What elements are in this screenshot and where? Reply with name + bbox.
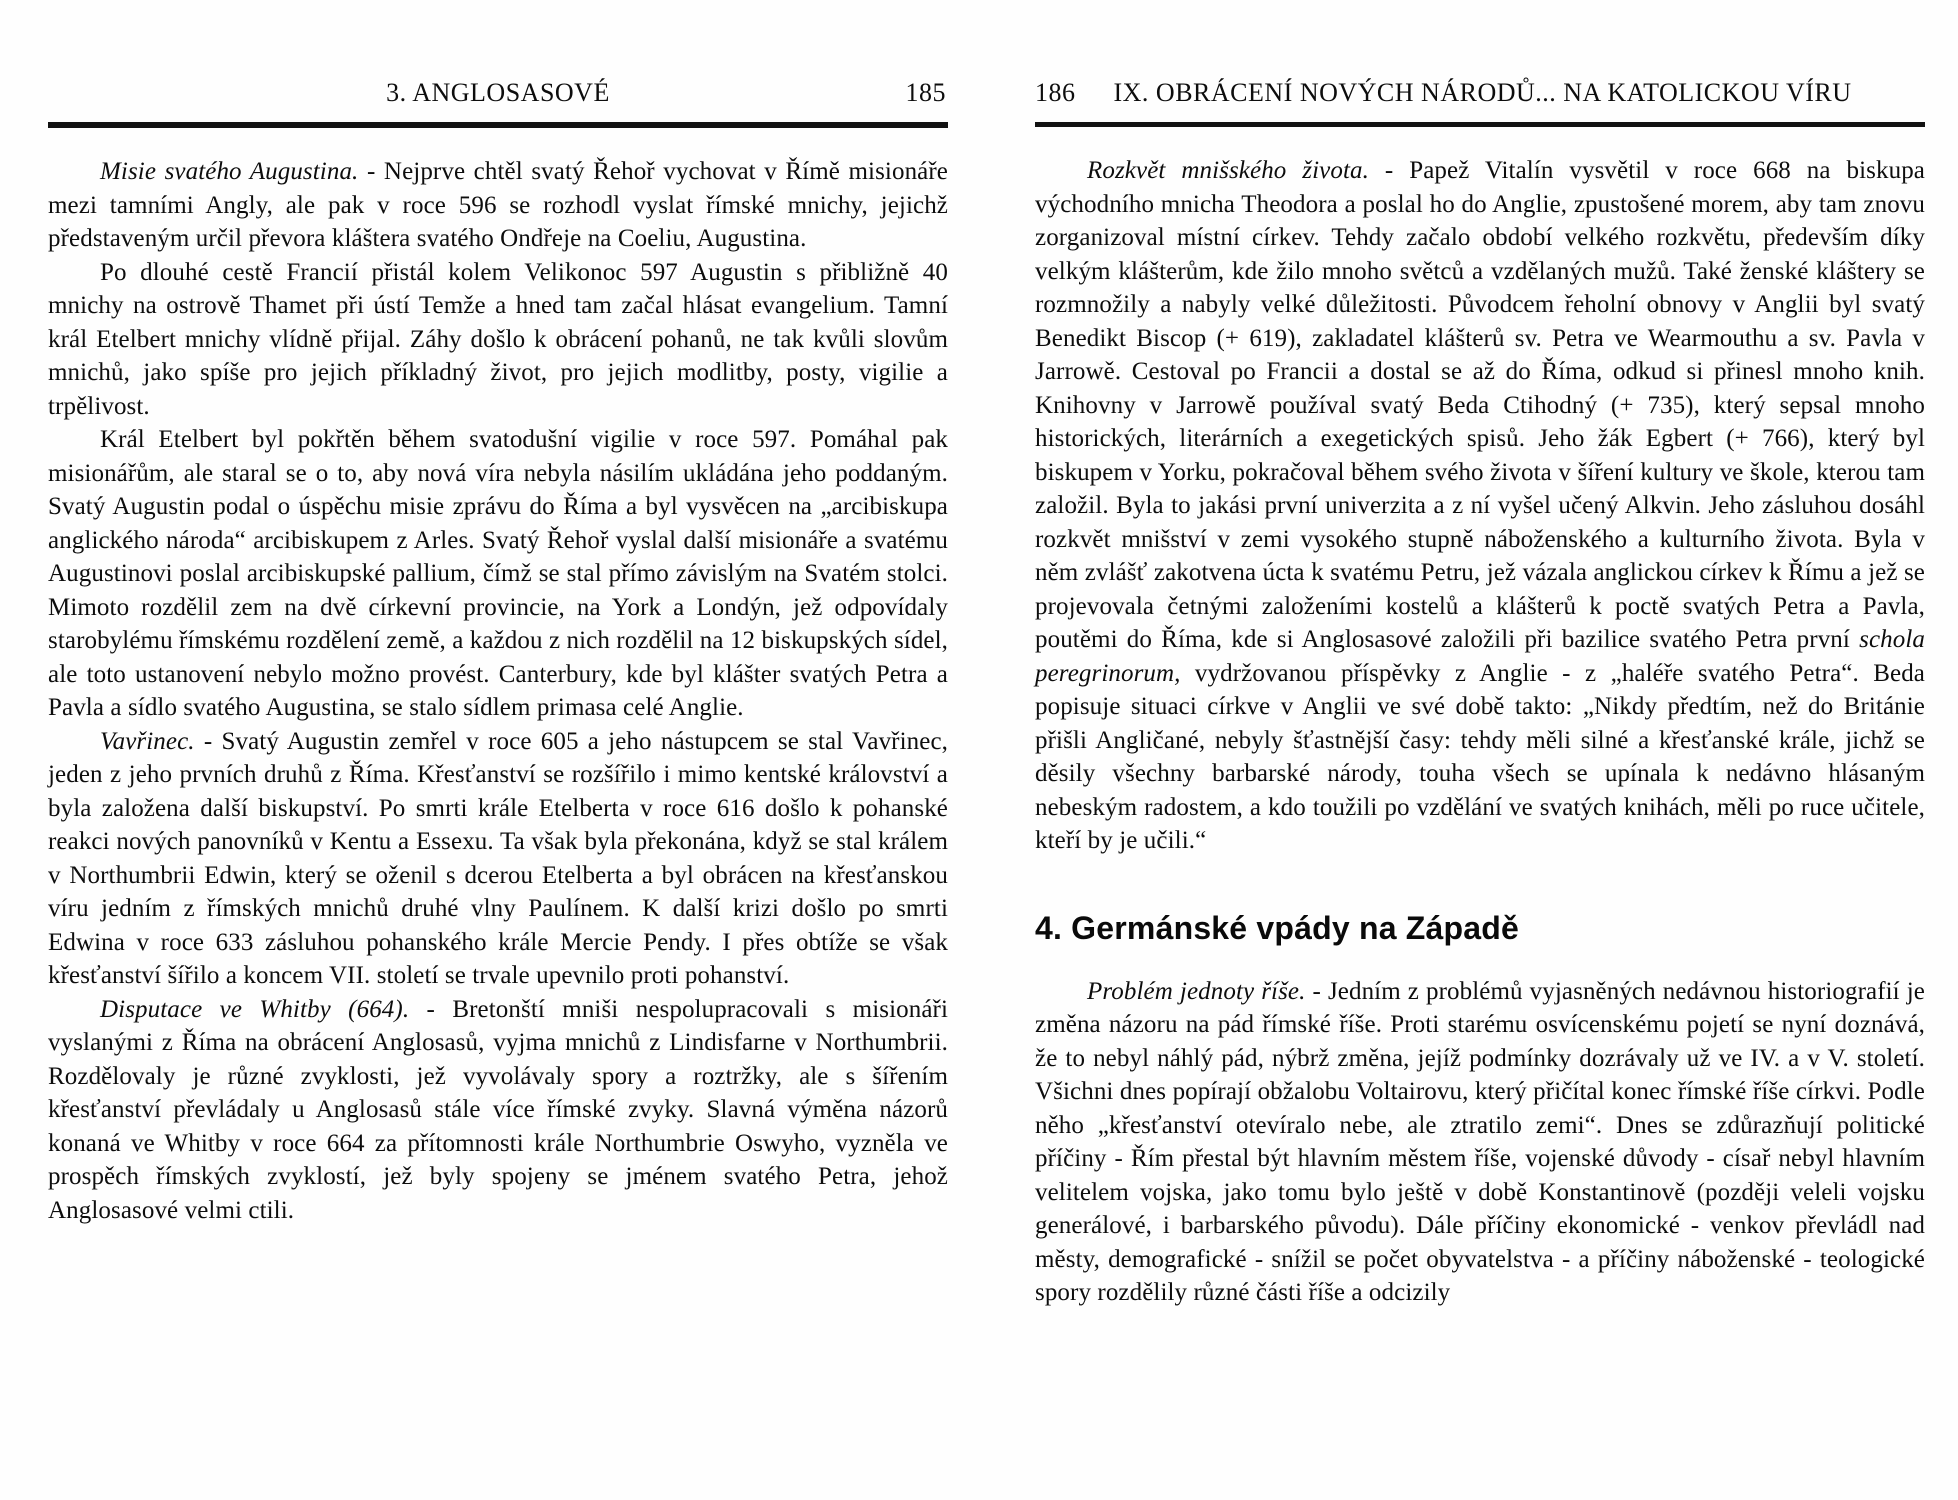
right-page-body: Rozkvět mnišského života. - Papež Vitalí… [1035, 154, 1925, 1310]
left-page-number: 185 [906, 78, 947, 108]
left-page-header: 3. ANGLOSASOVÉ 185 [48, 78, 948, 128]
paragraph-lead: Rozkvět mnišského života. [1087, 157, 1369, 184]
paragraph-problem-jednoty: Problém jednoty říše. - Jedním z problém… [1035, 975, 1925, 1310]
paragraph-vavrinec: Vavřinec. - Svatý Augustin zemřel v roce… [48, 725, 948, 993]
paragraph-text: - Bretonští mniši nespolupracovali s mis… [48, 996, 948, 1224]
paragraph-kral-etelbert: Král Etelbert byl pokřtěn během svatoduš… [48, 423, 948, 725]
right-running-title: IX. OBRÁCENÍ NOVÝCH NÁRODŮ... NA KATOLIC… [1114, 78, 1852, 108]
section-heading-germanske-vpady: 4. Germánské vpády na Západě [1035, 910, 1925, 947]
paragraph-disputace: Disputace ve Whitby (664). - Bretonští m… [48, 993, 948, 1228]
paragraph-text: vydržovanou příspěvky z Anglie - z „halé… [1035, 660, 1925, 855]
paragraph-text: Po dlouhé cestě Francií přistál kolem Ve… [48, 259, 948, 420]
paragraph-misie: Misie svatého Augustina. - Nejprve chtěl… [48, 155, 948, 256]
paragraph-lead: Vavřinec. [100, 728, 195, 755]
paragraph-lead: Problém jednoty říše. [1087, 978, 1305, 1005]
paragraph-text: - Papež Vitalín vysvětil v roce 668 na b… [1035, 157, 1925, 653]
paragraph-text: Král Etelbert byl pokřtěn během svatoduš… [48, 426, 948, 721]
paragraph-lead: Misie svatého Augustina. [100, 158, 358, 185]
paragraph-cesta: Po dlouhé cestě Francií přistál kolem Ve… [48, 256, 948, 424]
page-185: 3. ANGLOSASOVÉ 185 Misie svatého Augusti… [48, 78, 948, 1227]
paragraph-rozkvet: Rozkvět mnišského života. - Papež Vitalí… [1035, 154, 1925, 858]
paragraph-text: - Jedním z problémů vyjasněných nedávnou… [1035, 978, 1925, 1307]
right-page-header: 186 IX. OBRÁCENÍ NOVÝCH NÁRODŮ... NA KAT… [1035, 78, 1925, 127]
book-spread: 3. ANGLOSASOVÉ 185 Misie svatého Augusti… [0, 0, 1958, 1500]
left-running-title: 3. ANGLOSASOVÉ [48, 78, 948, 108]
paragraph-text: - Svatý Augustin zemřel v roce 605 a jeh… [48, 728, 948, 990]
left-page-body: Misie svatého Augustina. - Nejprve chtěl… [48, 155, 948, 1227]
right-page-number: 186 [1035, 78, 1076, 108]
paragraph-lead: Disputace ve Whitby (664). [100, 996, 409, 1023]
page-186: 186 IX. OBRÁCENÍ NOVÝCH NÁRODŮ... NA KAT… [1035, 78, 1925, 1310]
